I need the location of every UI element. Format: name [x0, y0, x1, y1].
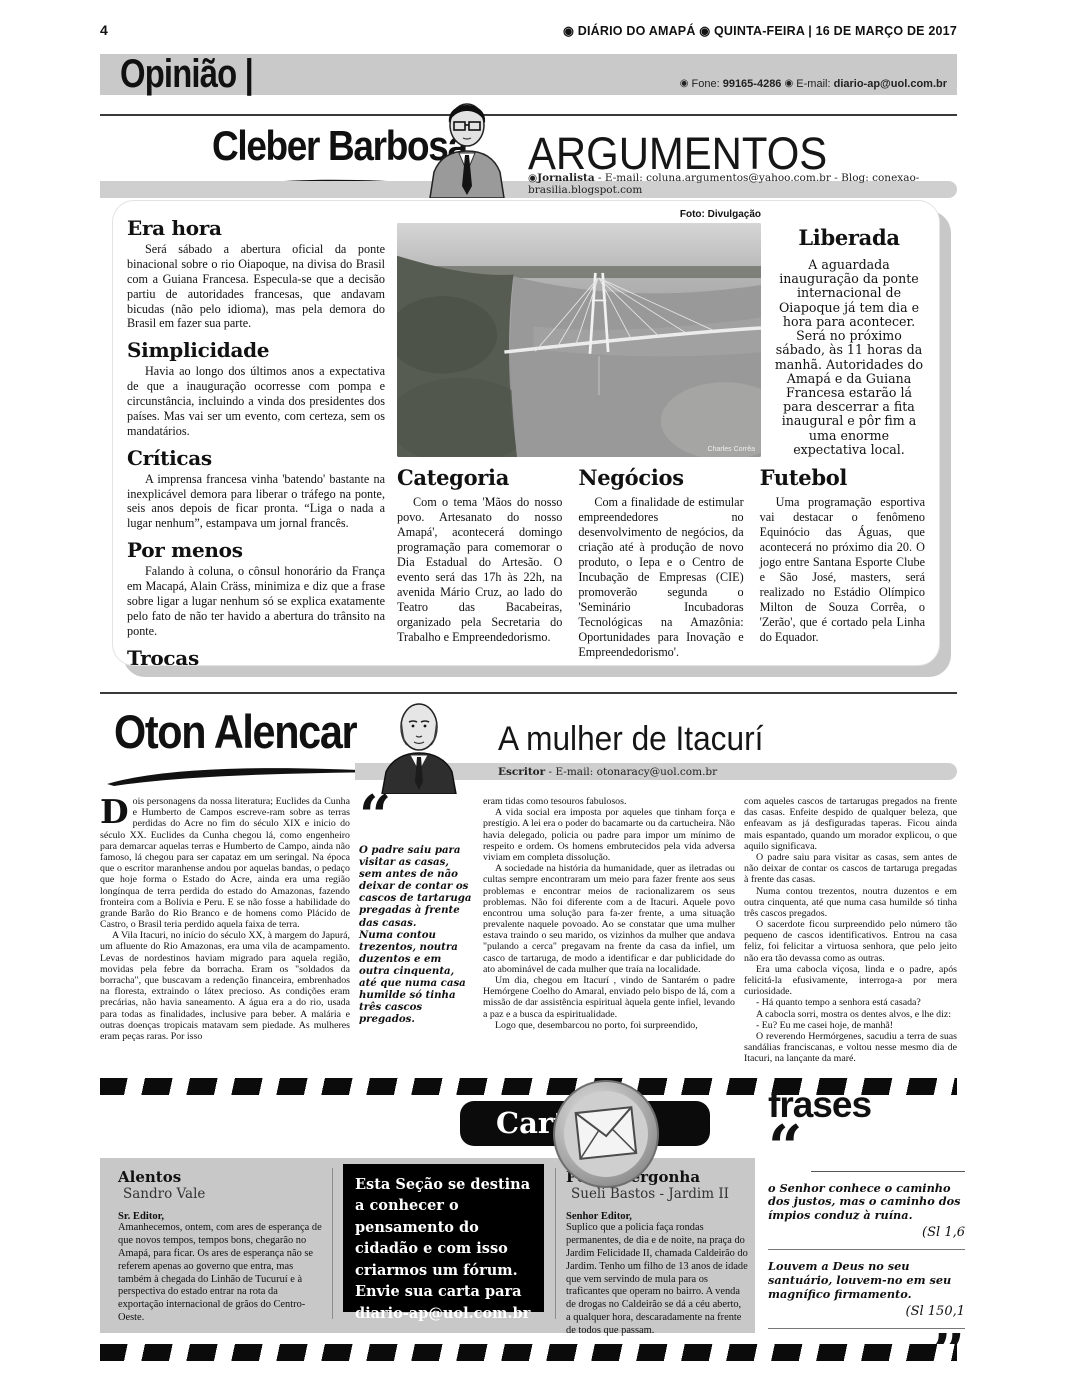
- photo-row: Foto: Divulgação: [397, 209, 925, 457]
- pull-quote: “ O padre saiu para visitar as casas, se…: [359, 796, 474, 1078]
- frase-quote: o Senhor conhece o caminho dos justos, m…: [768, 1182, 965, 1241]
- letter-author: Sueli Bastos - Jardim II: [571, 1186, 748, 1202]
- letter-body: Amanhecemos, ontem, com ares de esperanç…: [118, 1222, 324, 1325]
- photo-wrap: Foto: Divulgação: [397, 209, 761, 457]
- rule-line: [768, 1249, 965, 1250]
- columnist-byline: ◉Jornalista - E-mail: coluna.argumentos@…: [528, 172, 957, 196]
- bullet-icon: ◉: [680, 78, 689, 89]
- argumentos-right-area: Foto: Divulgação: [397, 209, 925, 657]
- sidebar-title: Liberada: [773, 225, 925, 250]
- note-body: Será sábado a abertura oficial da ponte …: [127, 242, 385, 331]
- paragraph: eram tidas como tesouros fabulosos.: [483, 796, 735, 807]
- bullet-icon: ◉: [785, 78, 794, 89]
- letter-alentos: Alentos Sandro Vale Sr. Editor, Amanhece…: [118, 1168, 324, 1325]
- byline-role: Escritor: [498, 766, 545, 778]
- paragraph: com aqueles cascos de tartarugas pregado…: [744, 796, 957, 852]
- paragraph: Logo que, desembarcou no porto, foi surp…: [483, 1020, 735, 1031]
- contact-line: ◉ Fone: 99165-4286 ◉ E-mail: diario-ap@u…: [680, 78, 947, 90]
- letter-author: Sandro Vale: [123, 1186, 324, 1202]
- note-title: Por menos: [127, 538, 385, 562]
- paragraph: Dois personagens da nossa literatura; Eu…: [100, 796, 350, 930]
- masthead: ◉ DIÁRIO DO AMAPÁ ◉ QUINTA-FEIRA | 16 DE…: [563, 23, 957, 38]
- paragraph: Um dia, chegou em Itacurí , vindo de San…: [483, 975, 735, 1020]
- bottom-articles-row: Categoria Com o tema 'Mãos do nosso povo…: [397, 465, 925, 660]
- paragraph: A Vila Itacuri, no início do século XX, …: [100, 930, 350, 1042]
- article-body: Com o tema 'Mãos do nosso povo. Artesana…: [397, 495, 562, 645]
- note-title: Simplicidade: [127, 338, 385, 362]
- note-title: Críticas: [127, 446, 385, 470]
- photo-label: Foto: Divulgação: [397, 209, 761, 220]
- frases-section: frases “ o Senhor conhece o caminho dos …: [768, 1086, 965, 1375]
- quote-ref: (Sl 150,1: [768, 1304, 965, 1319]
- article-column-3: com aqueles cascos de tartarugas pregado…: [744, 796, 957, 1078]
- envelope-icon: [552, 1080, 660, 1188]
- article-title: Negócios: [578, 465, 743, 490]
- pull-quote-text: Numa contou trezentos, noutra duzentos e…: [359, 929, 474, 1025]
- cartas-notice-box: Esta Seção se destina a conhecer o pensa…: [343, 1164, 544, 1312]
- frase-quote: Louvem a Deus no seu santuário, louvem-n…: [768, 1260, 965, 1319]
- frases-open-row: “: [768, 1125, 965, 1172]
- article-column-1: Dois personagens da nossa literatura; Eu…: [100, 796, 350, 1078]
- paragraph: O reverendo Hermórgenes, sacudiu a terra…: [744, 1031, 957, 1065]
- article-title: Categoria: [397, 465, 562, 490]
- paragraph: O padre saiu para visitar as casas, sem …: [744, 852, 957, 886]
- paragraph: - Eu? Eu me casei hoje, de manhã!: [744, 1020, 957, 1031]
- article-title: Futebol: [760, 465, 925, 490]
- paragraph: Numa contou trezentos, noutra duzentos e…: [744, 886, 957, 920]
- cleber-barbosa-caricature: [422, 92, 512, 198]
- open-quote-icon: “: [359, 796, 474, 836]
- oton-alencar-caricature: [376, 696, 462, 794]
- note-body: A imprensa francesa vinha 'batendo' bast…: [127, 472, 385, 532]
- argumentos-box: Era hora Será sábado a abertura oficial …: [112, 200, 940, 666]
- liberada-sidebar: Liberada A aguardada inauguração da pont…: [773, 209, 925, 457]
- bottom-article: Negócios Com a finalidade de estimular e…: [578, 465, 743, 660]
- open-quote-icon: “: [768, 1125, 803, 1172]
- quote-ref: (Sl 1,6: [768, 1225, 965, 1240]
- argumentos-header: Cleber Barbosa ARGUMENTOS ◉Jornalista - …: [100, 114, 957, 198]
- quote-text: Louvem a Deus no seu santuário, louvem-n…: [768, 1260, 965, 1301]
- film-strip-divider: [100, 1344, 957, 1361]
- columnist-name: Oton Alencar: [114, 704, 356, 759]
- letter-salutation: Senhor Editor,: [566, 1211, 748, 1222]
- paragraph: A cabocla sorri, mostra os dentes alvos,…: [744, 1009, 957, 1020]
- paragraph-text: ois personagens da nossa literatura; Euc…: [100, 796, 350, 930]
- phone-value: 99165-4286: [723, 78, 782, 90]
- page-number: 4: [100, 22, 108, 38]
- article-body: Com a finalidade de estimular empreended…: [578, 495, 743, 660]
- argumentos-notes-column: Era hora Será sábado a abertura oficial …: [127, 209, 385, 657]
- article-body: Uma programação esportiva vai destacar o…: [760, 495, 925, 645]
- oton-article-body: Dois personagens da nossa literatura; Eu…: [100, 796, 957, 1078]
- email-label: E-mail:: [796, 78, 830, 90]
- bottom-article: Futebol Uma programação esportiva vai de…: [760, 465, 925, 660]
- paragraph: - Há quanto tempo a senhora está casada?: [744, 997, 957, 1008]
- photo-credit: Charles Corrêa: [708, 446, 755, 453]
- paragraph: Era uma cabocla viçosa, linda e o padre,…: [744, 964, 957, 998]
- bottom-article: Categoria Com o tema 'Mãos do nosso povo…: [397, 465, 562, 660]
- bridge-photo: Charles Corrêa: [397, 223, 761, 457]
- section-band: Opinião | ◉ Fone: 99165-4286 ◉ E-mail: d…: [100, 54, 957, 95]
- note-title: Era hora: [127, 216, 385, 240]
- columnist-byline: Escritor - E-mail: otonaracy@uol.com.br: [498, 766, 717, 778]
- note-body: Havia ao longo dos últimos anos a expect…: [127, 364, 385, 438]
- drop-cap: D: [100, 798, 129, 825]
- note-body: Falando à coluna, o cônsul honorário da …: [127, 564, 385, 638]
- pull-quote-text: O padre saiu para visitar as casas, sem …: [359, 844, 474, 928]
- note-title: Trocas: [127, 646, 385, 667]
- letter-body: Suplico que a policia faça rondas perman…: [566, 1222, 748, 1338]
- email-value: diario-ap@uol.com.br: [834, 78, 947, 90]
- column-title: A mulher de Itacurí: [498, 720, 763, 759]
- rule-line: [811, 1171, 965, 1172]
- byline-contacts: - E-mail: otonaracy@uol.com.br: [545, 766, 717, 778]
- paragraph: A vida social era imposta por aqueles qu…: [483, 807, 735, 863]
- vertical-divider: [555, 1168, 556, 1319]
- vertical-divider: [332, 1168, 333, 1319]
- byline-role: ◉Jornalista: [528, 172, 595, 184]
- page-top-header: 4 ◉ DIÁRIO DO AMAPÁ ◉ QUINTA-FEIRA | 16 …: [100, 22, 957, 38]
- letter-pouca-vergonha: Pouca vergonha Sueli Bastos - Jardim II …: [566, 1168, 748, 1338]
- quote-text: o Senhor conhece o caminho dos justos, m…: [768, 1182, 965, 1223]
- oton-header: Oton Alencar A mulher de Itacurí Escrito…: [100, 692, 957, 786]
- newspaper-page: 4 ◉ DIÁRIO DO AMAPÁ ◉ QUINTA-FEIRA | 16 …: [0, 0, 1069, 1383]
- paragraph: O sacerdote ficou surpreendido pelo núme…: [744, 919, 957, 964]
- letter-title: Alentos: [118, 1168, 324, 1186]
- bridge-photo-art: [397, 223, 761, 457]
- article-column-2: eram tidas como tesouros fabulosos. A vi…: [483, 796, 735, 1078]
- paragraph: A sociedade na história da humanidade, q…: [483, 863, 735, 975]
- letter-salutation: Sr. Editor,: [118, 1211, 324, 1222]
- section-title: Opinião |: [120, 52, 253, 97]
- phone-label: Fone:: [692, 78, 720, 90]
- sidebar-body: A aguardada inauguração da ponte interna…: [773, 258, 925, 457]
